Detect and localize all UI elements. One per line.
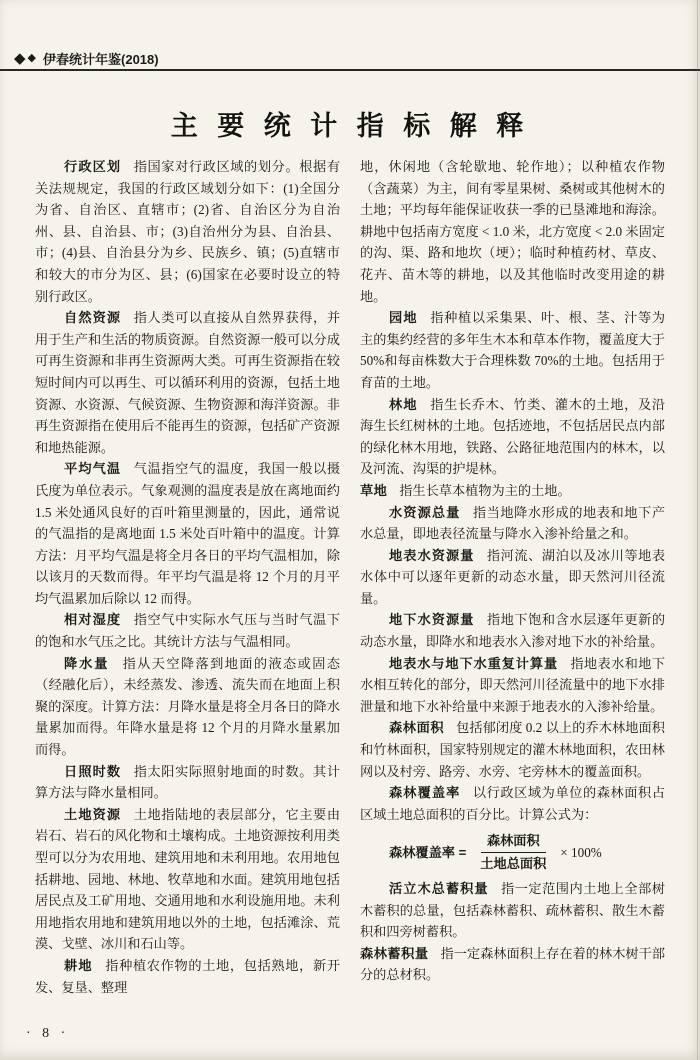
term-head: 行政区划 <box>64 159 121 174</box>
paragraph: 森林面积包括郁闭度 0.2 以上的乔木林地面积和竹林面积，国家特别规定的灌木林地… <box>360 717 665 782</box>
term-definition: 土地指陆地的表层部分，它主要由岩石、岩石的风化物和土壤构成。土地资源按利用类型可… <box>35 807 340 952</box>
formula-numerator: 森林面积 <box>481 831 546 853</box>
term-head: 降水量 <box>64 656 109 671</box>
term-head: 活立木总蓄积量 <box>389 881 489 896</box>
paragraph: 土地资源土地指陆地的表层部分，它主要由岩石、岩石的风化物和土壤构成。土地资源按利… <box>35 804 340 955</box>
term-definition: 指国家对行政区域的划分。根据有关法规规定，我国的行政区域划分如下：(1)全国分为… <box>35 159 340 304</box>
term-head: 草地 <box>360 483 387 498</box>
term-head: 森林面积 <box>389 720 444 735</box>
paragraph: 草地指生长草本植物为主的土地。 <box>360 480 665 502</box>
paragraph: 地表水与地下水重复计算量指地表水和地下水相互转化的部分，即天然河川径流量中的地下… <box>360 653 665 718</box>
paragraph: 平均气温气温指空气的温度，我国一般以摄氏度为单位表示。气象观测的温度表是放在离地… <box>35 458 340 609</box>
left-column: 行政区划指国家对行政区域的划分。根据有关法规规定，我国的行政区域划分如下：(1)… <box>35 156 340 998</box>
term-head: 日照时数 <box>64 764 121 779</box>
diamond-icon: ◆ <box>14 51 26 66</box>
forest-coverage-formula: 森林覆盖率 =森林面积土地总面积× 100% <box>360 831 665 874</box>
body-columns: 行政区划指国家对行政区域的划分。根据有关法规规定，我国的行政区域划分如下：(1)… <box>35 156 665 998</box>
paragraph: 相对湿度指空气中实际水气压与当时气温下的饱和水气压之比。其统计方法与气温相同。 <box>35 609 340 652</box>
diamond-icon: ◆ <box>28 53 36 64</box>
formula-lhs: 森林覆盖率 = <box>389 842 466 864</box>
term-head: 地表水与地下水重复计算量 <box>389 656 558 671</box>
paragraph: 地下水资源量指地下饱和含水层逐年更新的动态水量，即降水和地表水入渗对地下水的补给… <box>360 609 665 652</box>
paragraph: 森林覆盖率以行政区域为单位的森林面积占区域土地总面积的百分比。计算公式为： <box>360 782 665 825</box>
term-head: 林地 <box>389 397 418 412</box>
term-head: 自然资源 <box>64 310 121 325</box>
term-head: 耕地 <box>64 958 93 973</box>
term-head: 水资源总量 <box>389 505 460 520</box>
page-number: · 8 · <box>26 1026 69 1042</box>
paragraph: 日照时数指太阳实际照射地面的时数。其计算方法与降水量相同。 <box>35 761 340 804</box>
header-rule <box>0 69 700 71</box>
term-definition: 指人类可以直接从自然界获得，并用于生产和生活的物质资源。自然资源一般可以分成可再… <box>35 310 340 455</box>
formula-fraction: 森林面积土地总面积 <box>474 831 552 874</box>
term-head: 平均气温 <box>64 461 121 476</box>
paragraph: 耕地指种植农作物的土地，包括熟地，新开发、复垦、整理 <box>35 955 340 998</box>
paragraph: 活立木总蓄积量指一定范围内土地上全部树木蓄积的总量，包括森林蓄积、疏林蓄积、散生… <box>360 878 665 943</box>
page-title: 主 要 统 计 指 标 解 释 <box>0 104 700 143</box>
paragraph: 自然资源指人类可以直接从自然界获得，并用于生产和生活的物质资源。自然资源一般可以… <box>35 307 340 458</box>
term-head: 地下水资源量 <box>389 612 474 627</box>
paragraph: 地，休闲地（含轮歇地、轮作地）；以种植农作物（含蔬菜）为主，间有零星果树、桑树或… <box>360 156 665 307</box>
term-definition: 气温指空气的温度，我国一般以摄氏度为单位表示。气象观测的温度表是放在离地面约 1… <box>35 461 340 606</box>
term-head: 相对湿度 <box>64 612 121 627</box>
paragraph: 降水量指从天空降落到地面的液态或固态（经融化后），未经蒸发、渗透、流失而在地面上… <box>35 653 340 761</box>
term-head: 地表水资源量 <box>389 548 474 563</box>
formula-denominator: 土地总面积 <box>474 853 552 874</box>
paragraph: 园地指种植以采集果、叶、根、茎、汁等为主的集约经营的多年生木本和草本作物，覆盖度… <box>360 307 665 393</box>
scan-edge-artifact <box>697 0 698 1060</box>
paragraph: 林地指生长乔木、竹类、灌木的土地，及沿海生长红树林的土地。包括迹地，不包括居民点… <box>360 394 665 480</box>
formula-multiplier: × 100% <box>560 842 602 864</box>
paragraph: 森林蓄积量指一定森林面积上存在着的林木树干部分的总材积。 <box>360 943 665 986</box>
term-head: 森林覆盖率 <box>389 785 460 800</box>
yearbook-page: ◆ ◆ 伊春统计年鉴(2018) 主 要 统 计 指 标 解 释 行政区划指国家… <box>0 0 700 1060</box>
term-definition: 地，休闲地（含轮歇地、轮作地）；以种植农作物（含蔬菜）为主，间有零星果树、桑树或… <box>360 159 665 304</box>
term-head: 森林蓄积量 <box>360 946 429 961</box>
term-definition: 指生长草本植物为主的土地。 <box>399 483 570 498</box>
paragraph: 地表水资源量指河流、湖泊以及冰川等地表水体中可以逐年更新的动态水量，即天然河川径… <box>360 545 665 610</box>
paragraph: 水资源总量指当地降水形成的地表和地下产水总量，即地表径流量与降水入渗补给量之和。 <box>360 502 665 545</box>
term-head: 园地 <box>389 310 418 325</box>
term-head: 土地资源 <box>64 807 121 822</box>
yearbook-title: 伊春统计年鉴(2018) <box>43 49 159 68</box>
running-header: ◆ ◆ 伊春统计年鉴(2018) <box>14 46 700 70</box>
paragraph: 行政区划指国家对行政区域的划分。根据有关法规规定，我国的行政区域划分如下：(1)… <box>35 156 340 307</box>
right-column: 地，休闲地（含轮歇地、轮作地）；以种植农作物（含蔬菜）为主，间有零星果树、桑树或… <box>360 156 665 998</box>
